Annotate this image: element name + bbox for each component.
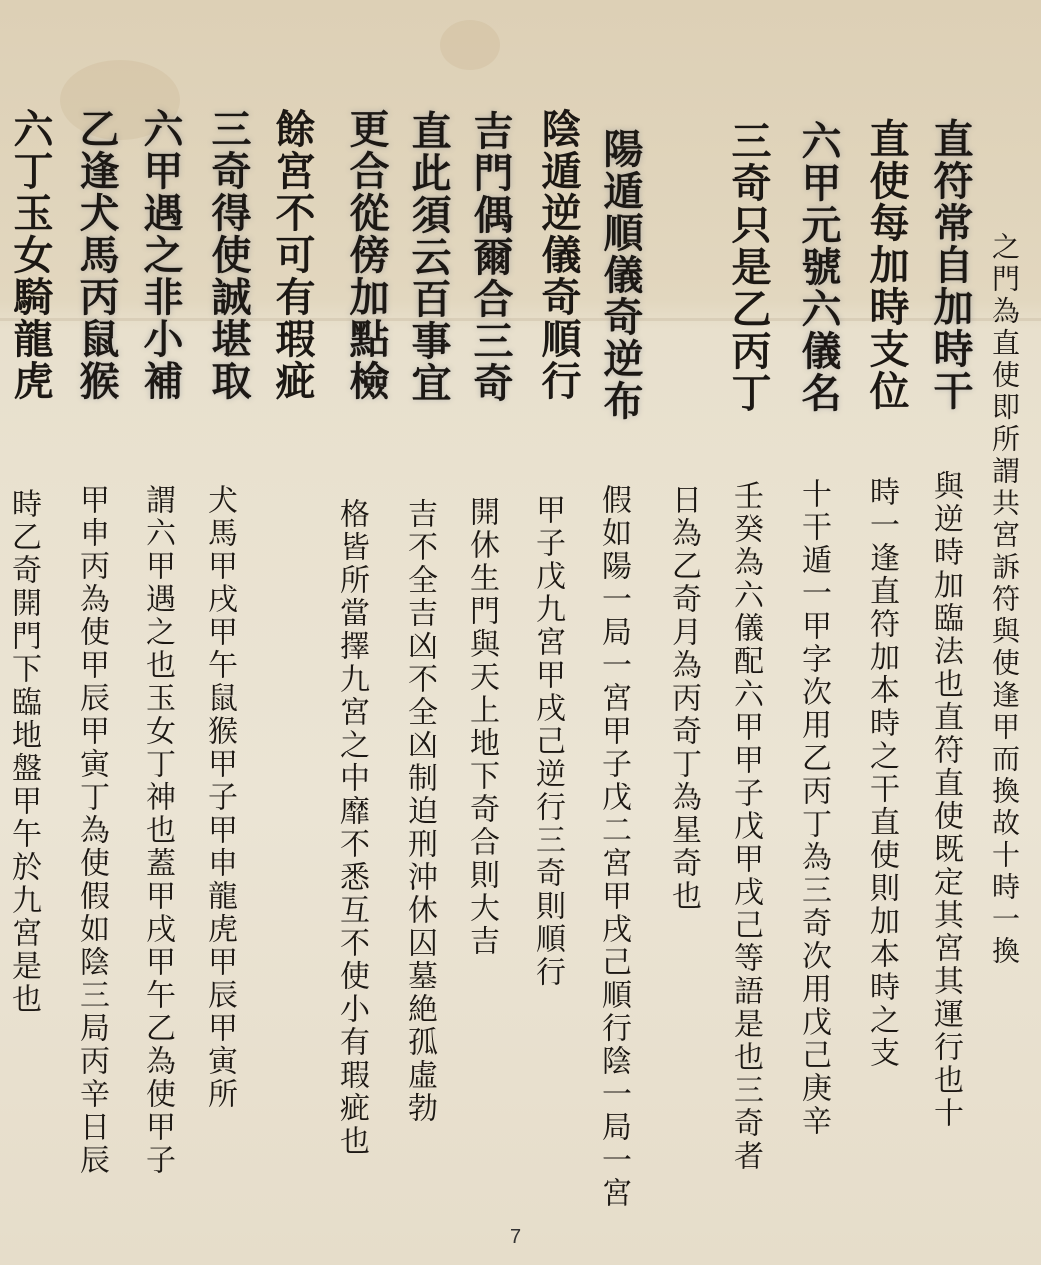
- commentary-column-7: 甲子戊九宮甲戌己逆行三奇則順行: [532, 494, 562, 989]
- commentary-column-13: 甲申丙為使甲辰甲寅丁為使假如陰三局丙辛日辰: [76, 484, 106, 1177]
- verse-column-12: 六甲遇之非小補: [140, 108, 180, 402]
- commentary-column-5: 日為乙奇月為丙奇丁為星奇也: [668, 484, 698, 913]
- verse-column-7: 吉門偶爾合三奇: [470, 110, 510, 404]
- verse-column-4: 三奇只是乙丙丁: [728, 120, 768, 414]
- verse-column-14: 六丁玉女騎龍虎: [10, 108, 50, 402]
- paper-stain: [440, 20, 500, 70]
- verse-column-9: 更合從傍加點檢: [346, 108, 386, 402]
- commentary-column-14: 時乙奇開門下臨地盤甲午於九宮是也: [8, 488, 38, 1016]
- commentary-column-9: 吉不全吉凶不全凶制迫刑沖休囚墓絶孤虛勃: [404, 498, 434, 1125]
- verse-column-6: 陰遁逆儀奇順行: [538, 108, 578, 402]
- page-number: 7: [510, 1226, 521, 1249]
- verse-column-8: 直此須云百事宜: [408, 110, 448, 404]
- commentary-column-2: 時一逢直符加本時之干直使則加本時之支: [866, 476, 896, 1070]
- commentary-column-6: 假如陽一局一宮甲子戊二宮甲戌己順行陰一局一宮: [598, 484, 628, 1210]
- verse-column-3: 六甲元號六儀名: [798, 120, 838, 414]
- commentary-column-8: 開休生門與天上地下奇合則大吉: [466, 496, 496, 958]
- verse-column-10: 餘宮不可有瑕疵: [272, 108, 312, 402]
- verse-column-1: 直符常自加時干: [930, 118, 970, 412]
- commentary-column-4: 壬癸為六儀配六甲甲子戊甲戌己等語是也三奇者: [730, 480, 760, 1173]
- verse-column-2: 直使每加時支位: [866, 118, 906, 412]
- commentary-column-12: 謂六甲遇之也玉女丁神也蓋甲戌甲午乙為使甲子: [142, 484, 172, 1177]
- annotation-column: 之門為直使即所謂共宮訴符與使逢甲而換故十時一換: [990, 232, 1018, 968]
- commentary-column-11: 犬馬甲戌甲午鼠猴甲子甲申龍虎甲辰甲寅所: [204, 484, 234, 1111]
- commentary-column-3: 十干遁一甲字次用乙丙丁為三奇次用戊己庚辛: [798, 478, 828, 1138]
- verse-column-11: 三奇得使誠堪取: [208, 108, 248, 402]
- verse-column-5: 陽遁順儀奇逆布: [600, 128, 640, 422]
- verse-column-13: 乙逢犬馬丙鼠猴: [76, 108, 116, 402]
- commentary-column-10: 格皆所當擇九宮之中靡不悉互不使小有瑕疵也: [336, 498, 366, 1158]
- commentary-column-1: 與逆時加臨法也直符直使既定其宮其運行也十: [930, 470, 960, 1130]
